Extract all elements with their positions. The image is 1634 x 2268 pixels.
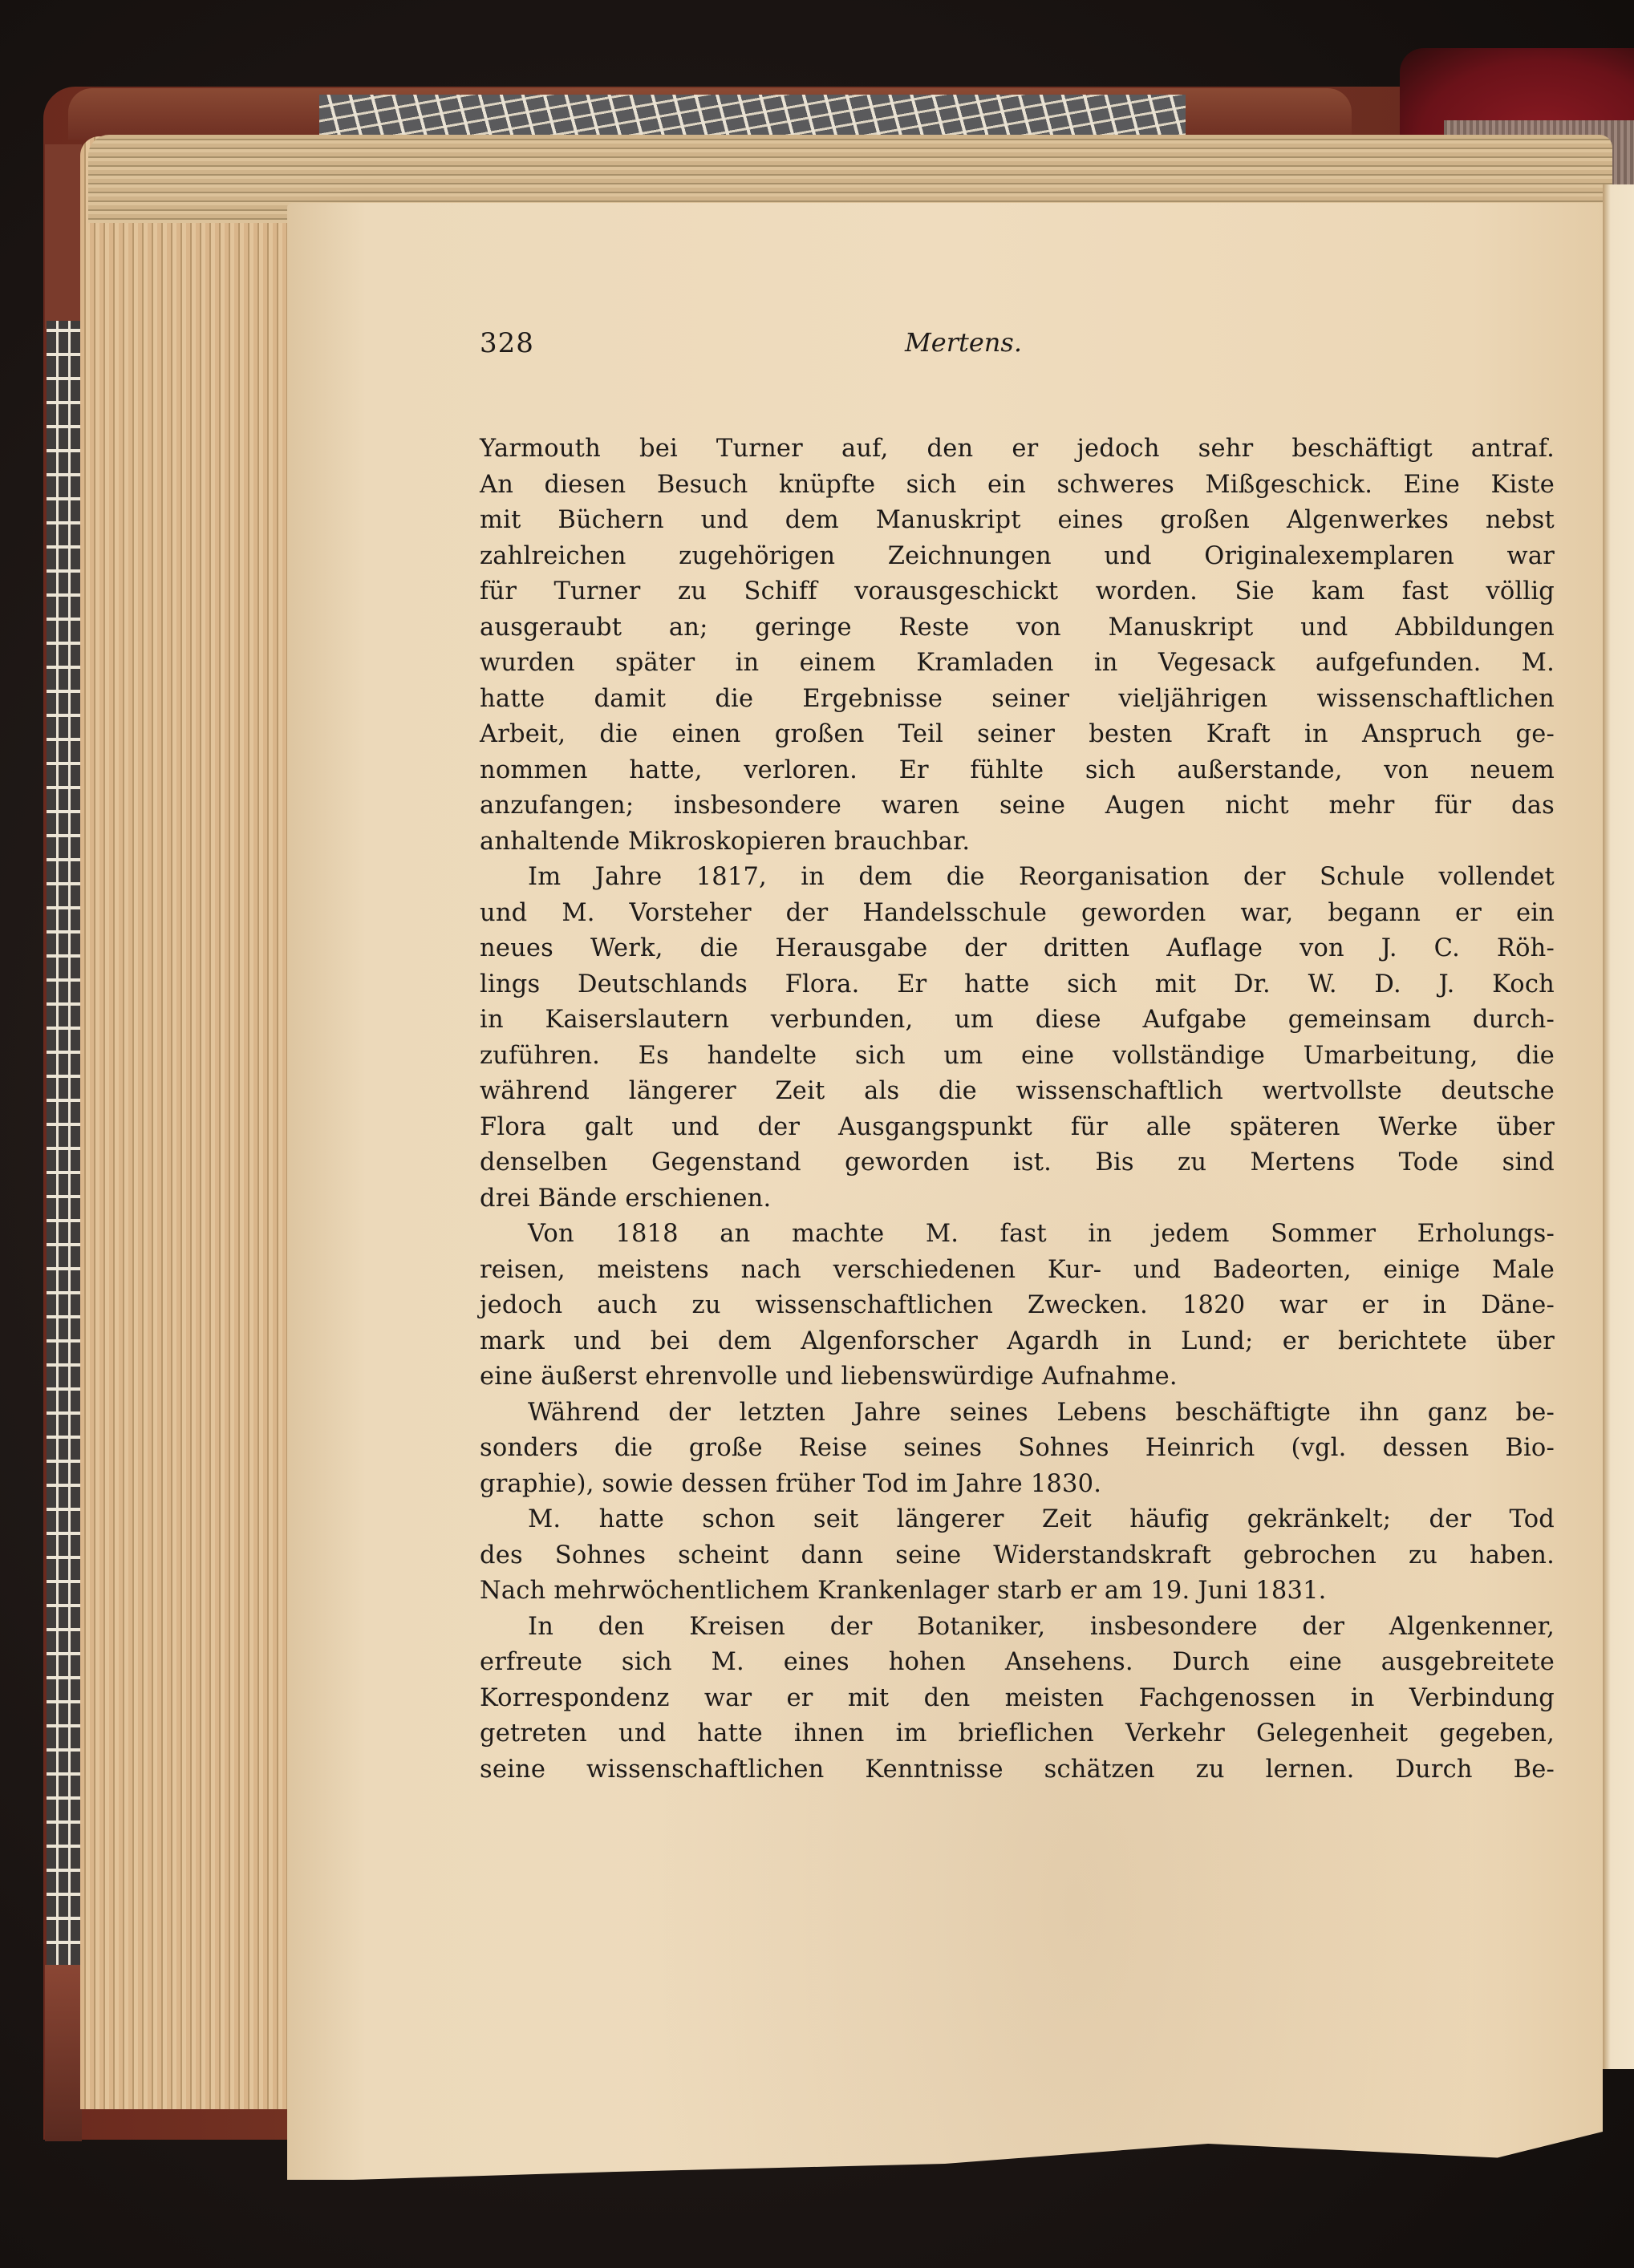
text-line: M. hatte schon seit längerer Zeit häufig… <box>480 1502 1555 1538</box>
leather-corner-bottom <box>45 1965 82 2141</box>
next-page-edge <box>1603 184 1634 2069</box>
text-line: in Kaiserslautern verbunden, um diese Au… <box>480 1002 1555 1039</box>
text-line: Yarmouth bei Turner auf, den er jedoch s… <box>480 431 1555 468</box>
text-line: des Sohnes scheint dann seine Widerstand… <box>480 1538 1555 1574</box>
text-line: für Turner zu Schiff vorausgeschickt wor… <box>480 574 1555 610</box>
text-line: während längerer Zeit als die wissenscha… <box>480 1074 1555 1110</box>
text-line: erfreute sich M. eines hohen Ansehens. D… <box>480 1645 1555 1681</box>
text-line: mit Büchern und dem Manuskript eines gro… <box>480 503 1555 539</box>
text-line: anhaltende Mikroskopieren brauchbar. <box>480 824 1555 861</box>
page-content: 328 Mertens. Yarmouth bei Turner auf, de… <box>480 321 1555 1788</box>
leather-corner-top <box>45 144 82 329</box>
text-line: ausgeraubt an; geringe Reste von Manuskr… <box>480 610 1555 646</box>
text-line: Nach mehrwöchentlichem Krankenlager star… <box>480 1573 1555 1610</box>
text-line: reisen, meistens nach verschiedenen Kur-… <box>480 1253 1555 1289</box>
body-text: Yarmouth bei Turner auf, den er jedoch s… <box>480 431 1555 1788</box>
text-line: neues Werk, die Herausgabe der dritten A… <box>480 931 1555 967</box>
text-line: drei Bände erschienen. <box>480 1181 1555 1217</box>
text-line: In den Kreisen der Botaniker, insbesonde… <box>480 1610 1555 1646</box>
text-line: eine äußerst ehrenvolle und liebenswürdi… <box>480 1359 1555 1395</box>
marbled-edge-top <box>319 95 1186 135</box>
text-line: jedoch auch zu wissenschaftlichen Zwecke… <box>480 1288 1555 1324</box>
text-line: Während der letzten Jahre seines Lebens … <box>480 1395 1555 1432</box>
page-stack-left <box>80 136 289 2109</box>
text-line: Im Jahre 1817, in dem die Reorganisation… <box>480 860 1555 896</box>
text-line: Arbeit, die einen großen Teil seiner bes… <box>480 717 1555 753</box>
text-line: Von 1818 an machte M. fast in jedem Somm… <box>480 1217 1555 1253</box>
text-line: zahlreichen zugehörigen Zeichnungen und … <box>480 539 1555 575</box>
running-head: 328 Mertens. <box>480 321 1555 377</box>
text-line: An diesen Besuch knüpfte sich ein schwer… <box>480 468 1555 504</box>
text-line: zuführen. Es handelte sich um eine volls… <box>480 1039 1555 1075</box>
text-line: graphie), sowie dessen früher Tod im Jah… <box>480 1467 1555 1503</box>
text-line: nommen hatte, verloren. Er fühlte sich a… <box>480 753 1555 789</box>
text-line: getreten und hatte ihnen im brieflichen … <box>480 1716 1555 1752</box>
text-line: lings Deutschlands Flora. Er hatte sich … <box>480 967 1555 1003</box>
text-line: wurden später in einem Kramladen in Vege… <box>480 646 1555 682</box>
text-line: mark und bei dem Algenforscher Agardh in… <box>480 1324 1555 1360</box>
page-number: 328 <box>480 327 534 359</box>
text-line: und M. Vorsteher der Handelsschule gewor… <box>480 896 1555 932</box>
marbled-edge-left <box>47 321 85 1965</box>
text-line: seine wissenschaftlichen Kenntnisse schä… <box>480 1752 1555 1788</box>
text-line: Flora galt und der Ausgangspunkt für all… <box>480 1110 1555 1146</box>
running-head-title: Mertens. <box>905 327 1022 358</box>
text-line: anzufangen; insbesondere waren seine Aug… <box>480 788 1555 824</box>
text-line: Korrespondenz war er mit den meisten Fac… <box>480 1681 1555 1717</box>
text-line: hatte damit die Ergebnisse seiner vieljä… <box>480 682 1555 718</box>
text-line: denselben Gegenstand geworden ist. Bis z… <box>480 1145 1555 1181</box>
text-line: sonders die große Reise seines Sohnes He… <box>480 1431 1555 1467</box>
